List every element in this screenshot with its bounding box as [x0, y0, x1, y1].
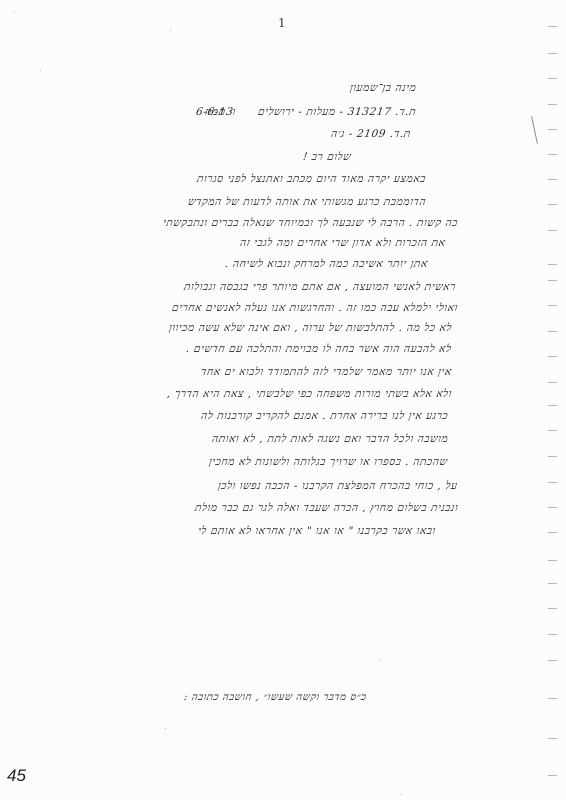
margin-tick	[548, 53, 557, 54]
body-line: ובאו אשר בקרבנו " או אנו " אין אחראו לא …	[197, 525, 436, 537]
margin-tick	[548, 264, 557, 265]
margin-tick	[548, 532, 557, 533]
body-line: הדוממבת כרגע מגשותי את אותה לדעות של המק…	[187, 196, 427, 208]
scanned-letter-page: 1 מינה בן־שמעון ת.ד. 313217 - מעלות - יר…	[0, 0, 566, 800]
body-line: ונבנית בשלום מחוץ , הכרה שעבד ואלה לגר ג…	[194, 502, 459, 514]
margin-pen-stroke	[531, 116, 538, 144]
scan-speck	[14, 12, 15, 13]
margin-tick	[548, 204, 557, 205]
margin-tick	[548, 482, 557, 483]
body-line: ולא אלא בשתי מורות משפחה כפי שלבשתי , צא…	[166, 388, 453, 400]
body-line: באמצע יקרה מאוד היום מכתב ואתנצל לפני סג…	[196, 173, 427, 185]
margin-tick	[548, 129, 557, 130]
margin-tick	[548, 405, 557, 406]
body-line: על , כוחי בהכרח המפלצת הקרבנו - הכבה נפש…	[218, 480, 459, 492]
margin-tick	[548, 280, 557, 281]
margin-tick	[548, 331, 557, 332]
margin-tick	[548, 634, 557, 635]
body-line: אין אנו יותר מאמר שלמדי לזה להתמודד ולבו…	[200, 366, 452, 378]
scan-speck	[165, 728, 166, 729]
scan-speck	[40, 70, 41, 71]
body-line: כרגע אין לנו ברירה אחרת . אמנם להקריב קו…	[200, 410, 449, 422]
body-line: ראשית לאנשי המועצה , אם אתם מיותר פרי בג…	[183, 281, 457, 293]
margin-tick	[548, 698, 557, 699]
postal-line: ת.ד. 2109 - ג׳ה	[330, 128, 412, 140]
closing-line: כ״ס מדבר וקשה שעשו״ , חושבה כתובה :	[183, 692, 367, 703]
scan-speck	[170, 30, 171, 31]
address-line: ת.ד. 313217 - מעלות - ירושלים	[257, 106, 417, 118]
margin-tick	[548, 382, 557, 383]
margin-tick	[548, 104, 557, 105]
body-line: את הזכרות ולא אדון שרי אחרים ומה לגבי זה	[240, 237, 447, 249]
scan-speck	[380, 660, 381, 661]
body-line: מושבה ולכל הדבר ואם נשגה לאות לתת , לא ו…	[211, 433, 449, 445]
margin-tick	[548, 507, 557, 508]
margin-tick	[548, 26, 557, 27]
body-line: לא כל מה . להתלבשות של ערוה , ואם אינה ש…	[168, 322, 453, 334]
margin-tick	[548, 608, 557, 609]
date-numeric: 6-6-13	[195, 106, 234, 118]
body-line: כה קשות . הרבה לי שנבעה לך ובמיוחד שנאלה…	[162, 217, 459, 229]
sender-name: מינה בן־שמעון	[349, 82, 417, 94]
body-line: שהכתה . בספרו או שרויך בגלותה ולשונות לא…	[209, 456, 449, 468]
margin-tick	[548, 179, 557, 180]
margin-tick	[548, 583, 557, 584]
margin-tick	[548, 660, 557, 661]
salutation: שלום רב !	[302, 151, 352, 163]
margin-tick	[548, 430, 557, 431]
margin-tick	[548, 78, 557, 79]
footer-page-number: 45	[7, 766, 26, 786]
top-page-number: 1	[278, 16, 286, 30]
scan-speck	[400, 794, 401, 795]
margin-tick	[548, 456, 557, 457]
body-line: אתן יותר אשיבה כמה למרחק ונבוא לשיחה .	[224, 258, 429, 270]
margin-tick	[548, 230, 557, 231]
margin-tick	[548, 738, 557, 739]
margin-tick	[548, 560, 557, 561]
body-line: ואולי ילמלא עבה כמו זה . והחרגשות אנו נע…	[171, 302, 458, 314]
margin-tick	[548, 154, 557, 155]
body-line: לא להבעה הוה אשר בחה לו מבוימת והתלכה עם…	[186, 343, 453, 355]
margin-tick	[548, 356, 557, 357]
margin-tick	[548, 305, 557, 306]
margin-tick	[548, 775, 557, 776]
